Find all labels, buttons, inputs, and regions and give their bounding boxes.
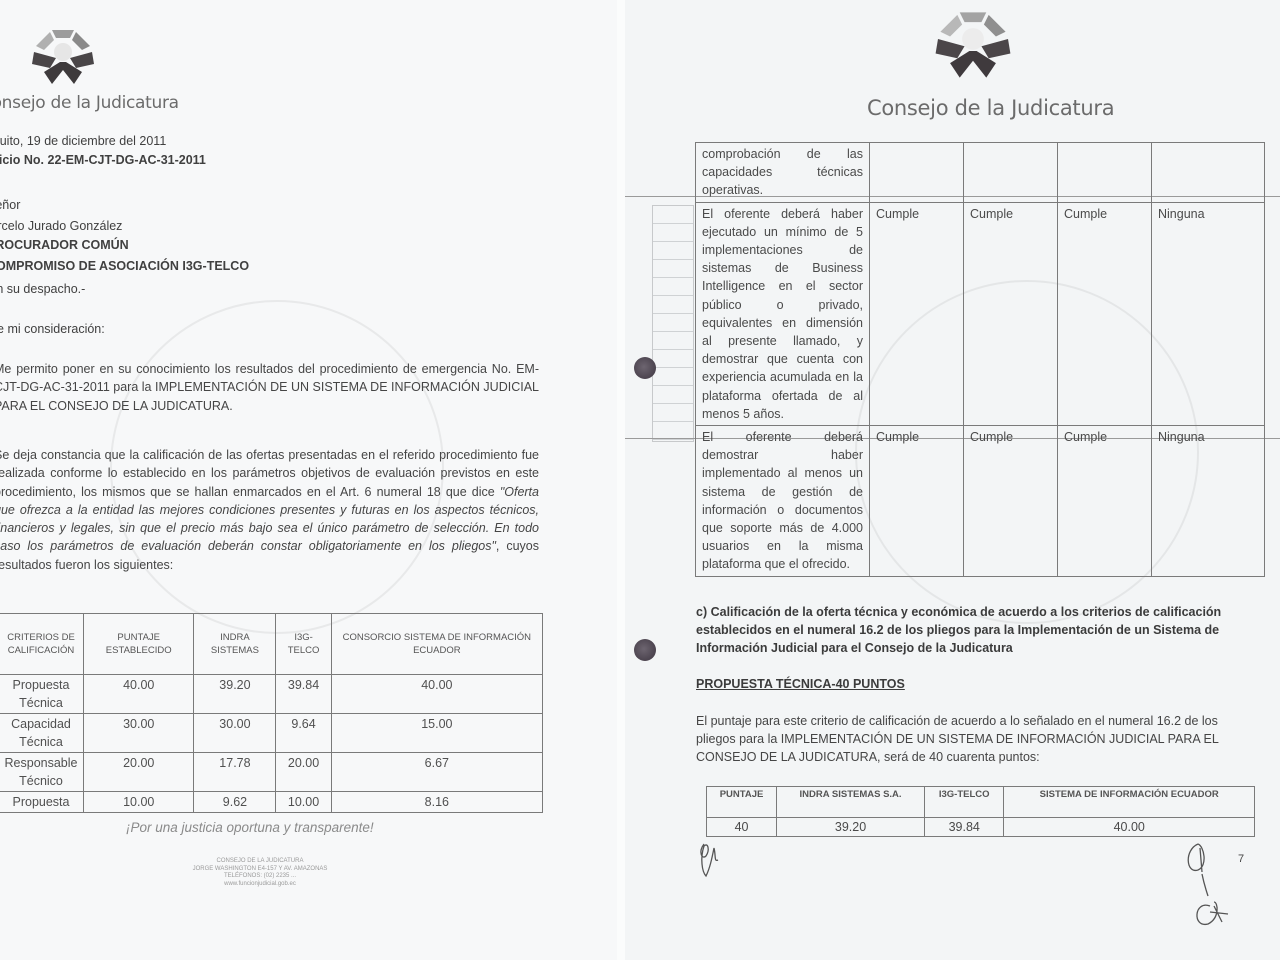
score-criterio: Propuesta Técnica: [0, 675, 84, 714]
section-c-heading: c) Calificación de la oferta técnica y e…: [696, 603, 1246, 657]
table-row: 40 39.20 39.84 40.00: [707, 818, 1255, 837]
points-indra: 39.20: [777, 818, 925, 837]
score-puntaje: 20.00: [84, 753, 194, 792]
points-table: Puntaje Indra Sistemas S.A. I3G-Telco Si…: [706, 786, 1255, 837]
salutation-title: Señor: [0, 198, 20, 212]
requirement-desc: El oferente deberá demostrar haber imple…: [696, 426, 870, 577]
requirement-indra: Cumple: [870, 202, 964, 425]
requirement-indra: [870, 143, 964, 203]
footer-line: Teléfonos: (02) 2235 ...: [150, 873, 370, 881]
motto: ¡Por una justicia oportuna y transparent…: [126, 820, 374, 835]
document-page-left: Consejo de la Judicatura Quito, 19 de di…: [0, 0, 617, 960]
footer-line: www.funcionjudicial.gob.ec: [150, 881, 370, 889]
letter-oficio-number: Oficio No. 22-EM-CJT-DG-AC-31-2011: [0, 153, 206, 167]
requirements-table: comprobación de las capacidades técnicas…: [695, 142, 1265, 577]
table-row: Propuesta 10.00 9.62 10.00 8.16: [0, 792, 543, 813]
score-consorcio: 15.00: [331, 714, 542, 753]
binder-hole-icon: [634, 639, 656, 661]
signature-right-icon: [1180, 840, 1230, 940]
score-indra: 39.20: [194, 675, 276, 714]
requirement-i3g: [964, 143, 1058, 203]
table-row: El oferente deberá demostrar haber imple…: [696, 426, 1265, 577]
points-puntaje: 40: [707, 818, 777, 837]
table-row: Responsable Técnico 20.00 17.78 20.00 6.…: [0, 753, 543, 792]
requirement-indra: Cumple: [870, 426, 964, 577]
requirement-desc: comprobación de las capacidades técnicas…: [696, 143, 870, 203]
greeting: De mi consideración:: [0, 322, 105, 336]
points-header-puntaje: Puntaje: [707, 787, 777, 818]
score-consorcio: 6.67: [331, 753, 542, 792]
score-indra: 30.00: [194, 714, 276, 753]
letter-date: Quito, 19 de diciembre del 2011: [0, 134, 166, 148]
recipient-org: COMPROMISO DE ASOCIACIÓN I3G-TELCO: [0, 259, 249, 273]
score-i3g: 10.00: [276, 792, 331, 813]
requirement-i3g: Cumple: [964, 426, 1058, 577]
paragraph-intro: Me permito poner en su conocimiento los …: [0, 360, 539, 415]
recipient-role: PROCURADOR COMÚN: [0, 238, 129, 252]
score-header-criterio: Criterios de calificación: [0, 614, 84, 675]
recipient-name: Marcelo Jurado González: [0, 219, 122, 233]
points-header-i3g: I3G-Telco: [924, 787, 1003, 818]
points-consorcio: 40.00: [1004, 818, 1255, 837]
score-header-indra: Indra Sistemas: [194, 614, 276, 675]
table-row: Propuesta Técnica 40.00 39.20 39.84 40.0…: [0, 675, 543, 714]
consejo-judicatura-logo-icon: [933, 10, 1013, 80]
paragraph-evaluation: Se deja constancia que la calificación d…: [0, 446, 539, 574]
requirement-consorcio: Cumple: [1058, 426, 1152, 577]
points-i3g: 39.84: [924, 818, 1003, 837]
binder-hole-icon: [634, 357, 656, 379]
footer-line: Consejo de la Judicatura: [150, 858, 370, 866]
requirement-desc: El oferente deberá haber ejecutado un mí…: [696, 202, 870, 425]
brand-name: Consejo de la Judicatura: [0, 93, 179, 113]
paragraph-evaluation-intro: Se deja constancia que la calificación d…: [0, 448, 539, 499]
score-header-consorcio: Consorcio Sistema de Información Ecuador: [331, 614, 542, 675]
score-i3g: 39.84: [276, 675, 331, 714]
requirement-observacion: [1152, 143, 1265, 203]
requirement-observacion: Ninguna: [1152, 426, 1265, 577]
page-number: 7: [1238, 853, 1244, 865]
requirement-i3g: Cumple: [964, 202, 1058, 425]
page-gutter: [617, 0, 625, 960]
consejo-judicatura-logo-icon: [30, 28, 96, 86]
score-table: Criterios de calificación Puntaje establ…: [0, 613, 543, 813]
points-header-indra: Indra Sistemas S.A.: [777, 787, 925, 818]
section-paragraph: El puntaje para este criterio de calific…: [696, 712, 1246, 766]
score-i3g: 9.64: [276, 714, 331, 753]
score-indra: 9.62: [194, 792, 276, 813]
score-puntaje: 10.00: [84, 792, 194, 813]
score-criterio: Capacidad Técnica: [0, 714, 84, 753]
signature-left-icon: [694, 838, 724, 885]
requirement-consorcio: Cumple: [1058, 202, 1152, 425]
score-consorcio: 40.00: [331, 675, 542, 714]
requirement-consorcio: [1058, 143, 1152, 203]
points-header-consorcio: Sistema de Información Ecuador: [1004, 787, 1255, 818]
table-row: comprobación de las capacidades técnicas…: [696, 143, 1265, 203]
recipient-place: En su despacho.-: [0, 282, 85, 296]
score-indra: 17.78: [194, 753, 276, 792]
score-puntaje: 30.00: [84, 714, 194, 753]
table-row: Capacidad Técnica 30.00 30.00 9.64 15.00: [0, 714, 543, 753]
score-criterio: Responsable Técnico: [0, 753, 84, 792]
score-header-puntaje: Puntaje establecido: [84, 614, 194, 675]
score-header-i3g: I3G-Telco: [276, 614, 331, 675]
bleed-through-table: [652, 205, 694, 442]
footer-line: Jorge Washington E4-157 y Av. Amazonas: [150, 866, 370, 874]
score-criterio: Propuesta: [0, 792, 84, 813]
table-row: El oferente deberá haber ejecutado un mí…: [696, 202, 1265, 425]
letterhead-footer: Consejo de la Judicatura Jorge Washingto…: [150, 858, 370, 888]
score-puntaje: 40.00: [84, 675, 194, 714]
brand-name: Consejo de la Judicatura: [867, 96, 1114, 120]
score-i3g: 20.00: [276, 753, 331, 792]
score-consorcio: 8.16: [331, 792, 542, 813]
requirement-observacion: Ninguna: [1152, 202, 1265, 425]
section-title: PROPUESTA TÉCNICA-40 PUNTOS: [696, 677, 905, 691]
